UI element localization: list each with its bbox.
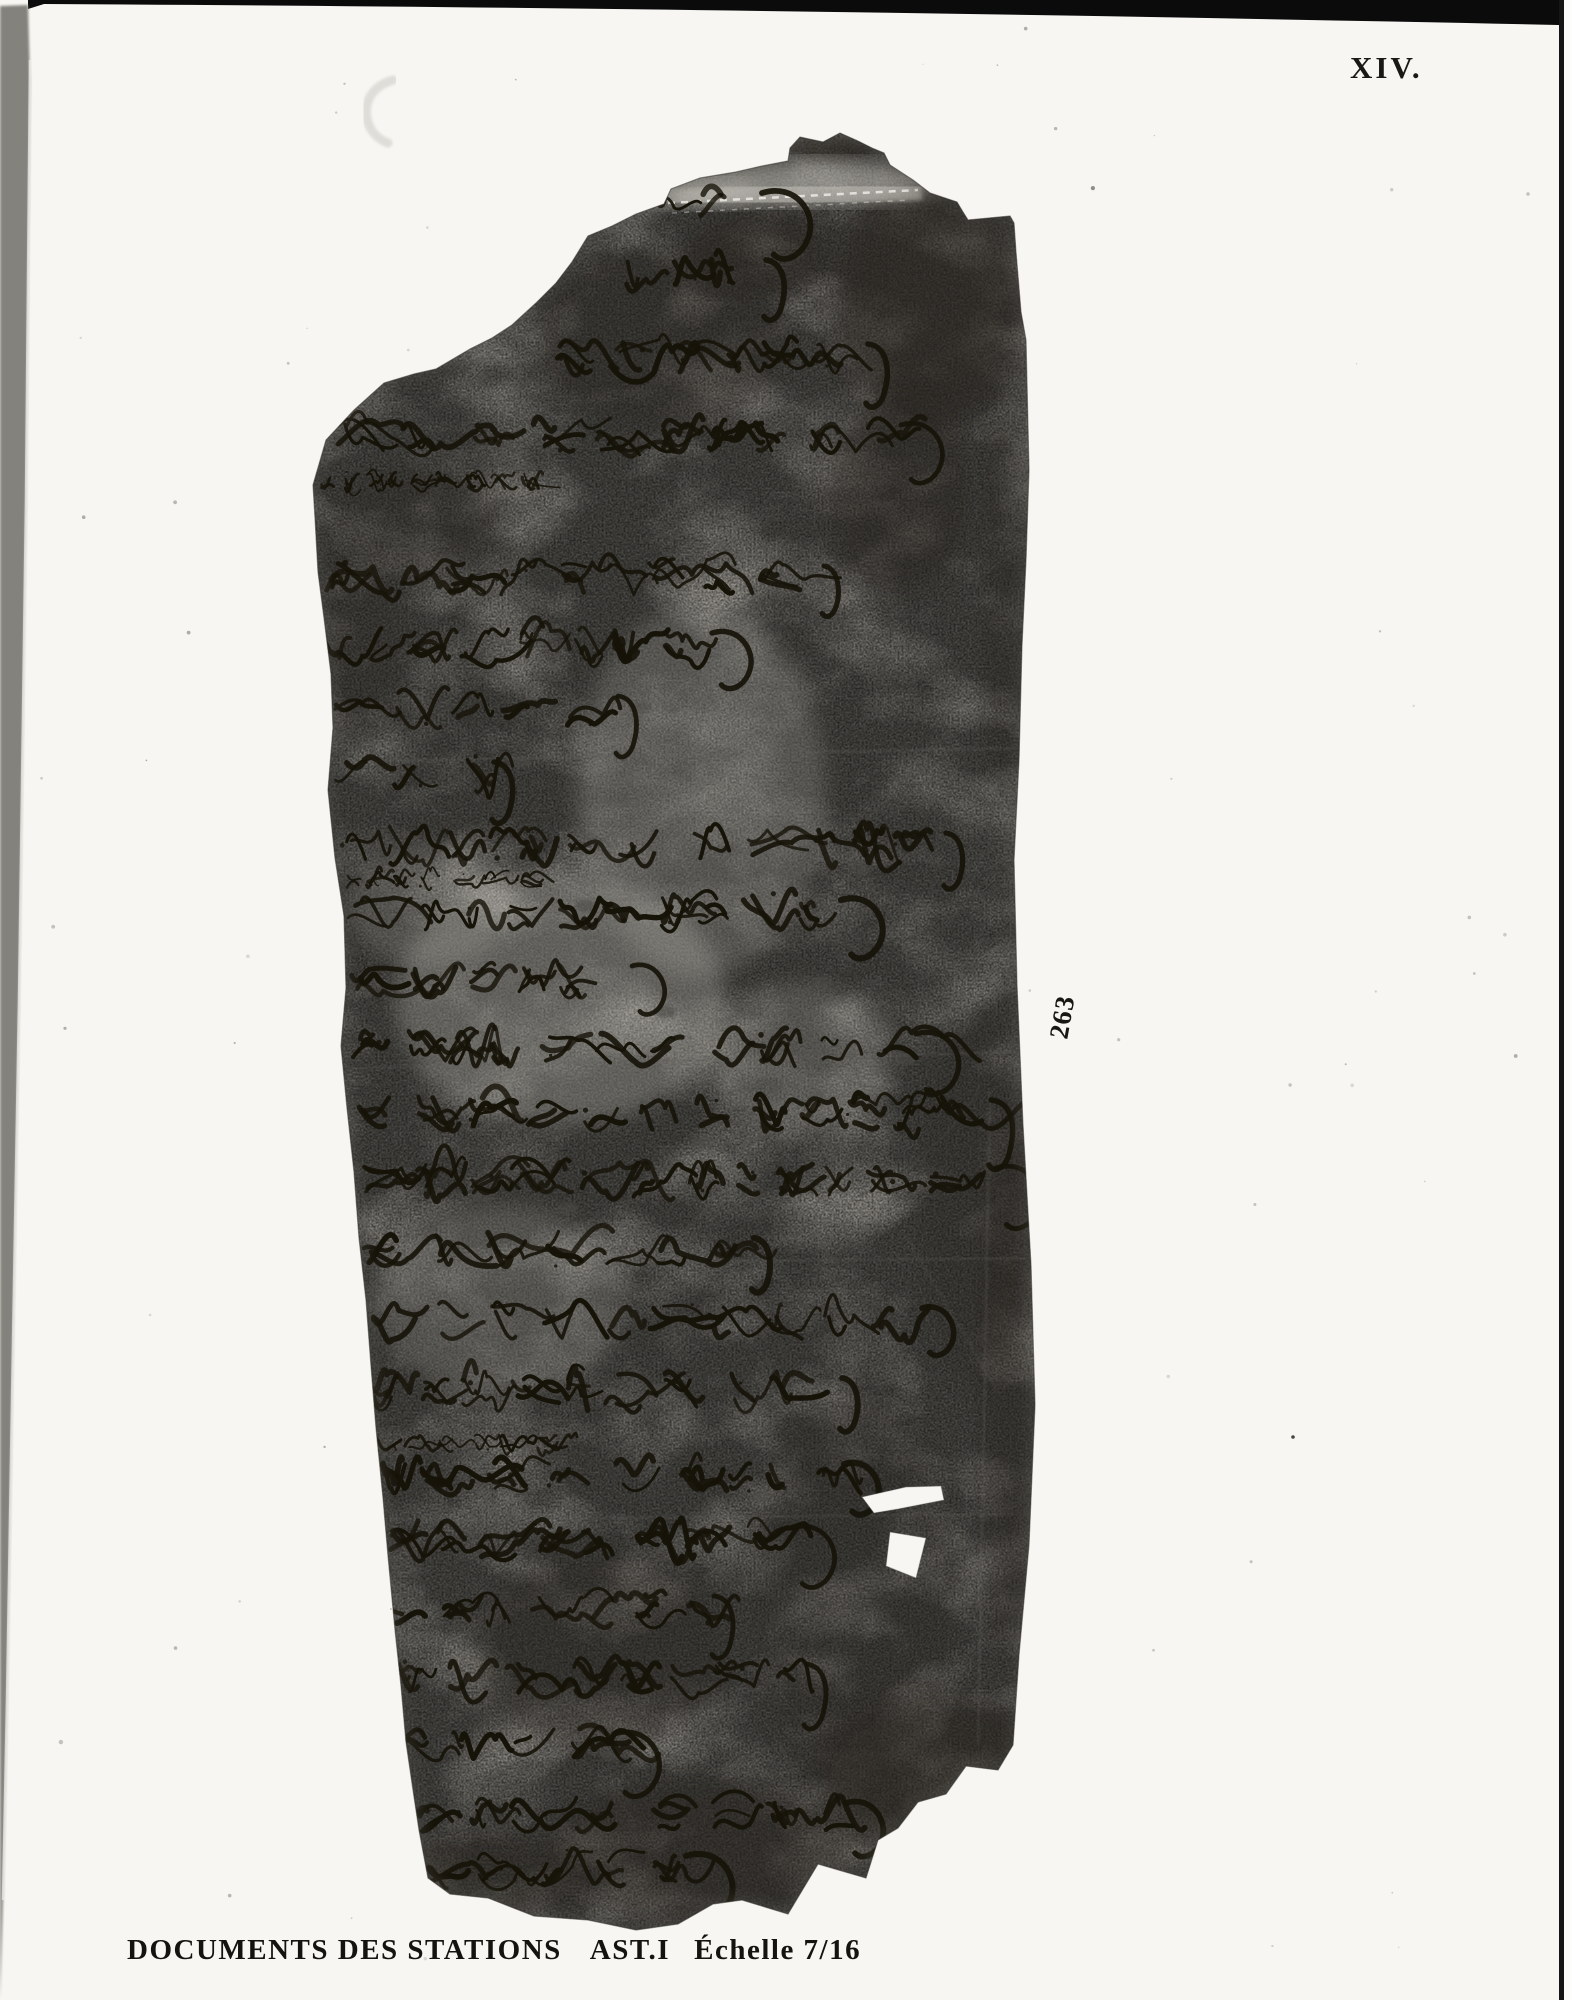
ink-dot: [424, 722, 428, 726]
stain-blotch: [835, 175, 1025, 425]
ink-dot: [694, 278, 697, 281]
ink-dot: [826, 1118, 830, 1122]
paper-speck: [323, 1446, 325, 1448]
paper-speck: [146, 760, 148, 762]
paper-speck: [40, 777, 43, 780]
ink-dot: [516, 878, 519, 881]
ink-dot: [489, 1174, 494, 1179]
caption-title: DOCUMENTS DES STATIONS: [127, 1934, 562, 1966]
stain-blotch: [475, 1555, 725, 1745]
paper-speck: [1288, 1083, 1291, 1086]
ink-dot: [468, 907, 471, 910]
ink-dot: [487, 1799, 492, 1804]
ink-dot: [751, 1171, 754, 1174]
caption-scale: Échelle 7/16: [694, 1934, 861, 1966]
plate-scan: [0, 0, 1572, 2000]
paper-speck: [1253, 1203, 1256, 1206]
ink-dot: [435, 484, 438, 487]
ink-dot: [463, 873, 465, 875]
ink-dot: [740, 1666, 745, 1671]
pencil-mark: [366, 80, 393, 143]
ink-stroke: [421, 1882, 435, 1891]
scan-right-margin: [1564, 0, 1572, 2000]
gutter-shadow: [0, 5, 30, 2000]
ink-dot: [565, 573, 570, 578]
paper-speck: [1345, 1063, 1347, 1065]
ink-dot: [715, 1099, 719, 1103]
scanned-plate-page: XIV. 263 DOCUMENTS DES STATIONSAST.IÉche…: [0, 0, 1572, 2000]
ink-dot: [370, 884, 372, 886]
dark-spot: [811, 976, 833, 988]
paper-speck: [234, 1042, 236, 1044]
ink-dot: [665, 1234, 669, 1238]
paper-speck: [149, 1314, 152, 1317]
paper-speck: [239, 1600, 241, 1602]
ink-dot: [466, 585, 469, 588]
ink-dot: [558, 448, 563, 453]
dark-spot: [691, 1136, 713, 1148]
paper-speck: [1154, 135, 1156, 137]
paper-speck: [1356, 363, 1358, 365]
ink-dot: [389, 472, 391, 474]
paper-speck: [1117, 1038, 1120, 1041]
ink-dot: [414, 576, 418, 580]
paper-speck: [59, 1740, 63, 1744]
paper-speck: [1503, 933, 1507, 937]
caption-series: AST.I: [590, 1934, 670, 1966]
ink-dot: [490, 429, 493, 432]
paper-speck: [1391, 1892, 1393, 1894]
stain-blotch: [920, 1015, 1040, 1385]
paper-speck: [1473, 972, 1476, 975]
ink-dot: [340, 843, 345, 848]
ink-dot: [727, 280, 731, 284]
ink-dot: [468, 1380, 473, 1385]
paper-speck: [1054, 127, 1057, 130]
paper-speck: [922, 64, 923, 65]
paper-speck: [343, 83, 345, 85]
paper-speck: [1526, 192, 1530, 196]
ink-dot: [582, 1170, 588, 1176]
plate-number: XIV.: [1350, 50, 1423, 86]
dark-spot: [557, 1202, 579, 1214]
stain-blotch: [830, 400, 970, 590]
ink-dot: [894, 842, 897, 845]
ink-dot: [561, 1538, 565, 1542]
figure-number: 263: [1027, 977, 1097, 1058]
paper-speck: [287, 362, 290, 365]
manuscript-fragment: [300, 120, 1060, 1950]
paper-speck: [1250, 1560, 1253, 1563]
ink-dot: [705, 1620, 711, 1626]
ink-dot: [566, 1849, 569, 1852]
paper-speck: [246, 955, 250, 959]
paper-speck: [1468, 916, 1472, 920]
ink-dot: [826, 364, 829, 367]
paper-speck: [82, 515, 86, 519]
paper-speck: [351, 1917, 353, 1919]
paper-speck: [1024, 27, 1028, 31]
paper-speck: [1152, 1649, 1155, 1652]
paper-speck: [407, 349, 410, 352]
ink-dot: [473, 754, 477, 758]
paper-speck: [1514, 1054, 1518, 1058]
ink-dot: [525, 569, 528, 572]
ink-dot: [487, 1448, 489, 1450]
ink-dot: [846, 1113, 849, 1116]
ink-dot: [747, 1489, 751, 1493]
ink-dot: [547, 1483, 551, 1487]
ink-dot: [417, 1111, 422, 1116]
pencil-crescent: [366, 80, 393, 143]
paper-speck: [187, 631, 191, 635]
ink-dot: [701, 1189, 705, 1193]
ink-dot: [739, 1382, 742, 1385]
dark-spot: [751, 1490, 773, 1502]
paper-speck: [1424, 1181, 1426, 1183]
ink-dot: [621, 655, 627, 661]
ink-dot: [342, 560, 348, 566]
ink-dot: [419, 784, 423, 788]
ink-stroke: [651, 191, 665, 206]
ink-dot: [418, 488, 420, 490]
stain-blotch: [550, 1780, 850, 1920]
paper-speck: [228, 1894, 232, 1898]
paper-speck: [51, 925, 55, 929]
ink-dot: [549, 1054, 552, 1057]
ink-dot: [377, 1040, 382, 1045]
ink-dot: [428, 1465, 433, 1470]
ink-speck: [1291, 1435, 1295, 1439]
plate-caption: DOCUMENTS DES STATIONSAST.IÉchelle 7/16: [127, 1934, 861, 1967]
paper-speck: [1091, 186, 1095, 190]
ink-dot: [494, 855, 500, 861]
paper-speck: [306, 328, 307, 329]
ink-dot: [469, 1118, 473, 1122]
ink-dot: [668, 920, 672, 924]
paper-speck: [1398, 1947, 1400, 1949]
ink-dot: [559, 357, 563, 361]
ink-dot: [780, 1806, 784, 1810]
paper-speck: [426, 226, 429, 229]
paper-speck: [390, 1608, 392, 1610]
ink-dot: [890, 1179, 895, 1184]
paper-speck: [1379, 630, 1381, 632]
ink-dot: [481, 967, 484, 970]
dark-spot: [849, 864, 871, 876]
paper-speck: [1390, 188, 1393, 191]
scan-top-edge: [28, 0, 1572, 26]
ink-dot: [554, 1264, 557, 1267]
ink-dot: [543, 1812, 548, 1817]
ink-dot: [589, 723, 592, 726]
ink-dot: [758, 1032, 764, 1038]
paper-speck: [335, 111, 337, 113]
scan-right-edge: [1559, 0, 1564, 2000]
ink-dot: [477, 475, 479, 477]
paper-speck: [1170, 778, 1172, 780]
paper-speck: [1167, 1375, 1170, 1378]
ink-dot: [640, 348, 645, 353]
ink-dot: [771, 891, 776, 896]
ink-dot: [691, 1303, 694, 1306]
paper-speck: [1271, 1945, 1273, 1947]
paper-speck: [997, 64, 999, 66]
paper-speck: [1350, 1084, 1354, 1088]
paper-speck: [80, 337, 82, 339]
ink-dot: [645, 1165, 651, 1171]
paper-speck: [1029, 989, 1032, 992]
ink-dot: [345, 471, 347, 473]
paper-speck: [63, 1027, 66, 1030]
fragment-surface: [300, 120, 1060, 1950]
ink-dot: [933, 1171, 939, 1177]
paper-speck: [173, 500, 177, 504]
paper-speck: [515, 79, 517, 81]
paper-speck: [1413, 705, 1415, 707]
ink-dot: [508, 1472, 513, 1477]
paper-speck: [174, 1646, 178, 1650]
ink-dot: [720, 194, 723, 197]
paper-speck: [1375, 990, 1377, 992]
stain-blotch: [755, 1390, 955, 1800]
ink-dot: [419, 885, 422, 888]
ink-dot: [798, 1395, 804, 1401]
ink-dot: [583, 1108, 588, 1113]
